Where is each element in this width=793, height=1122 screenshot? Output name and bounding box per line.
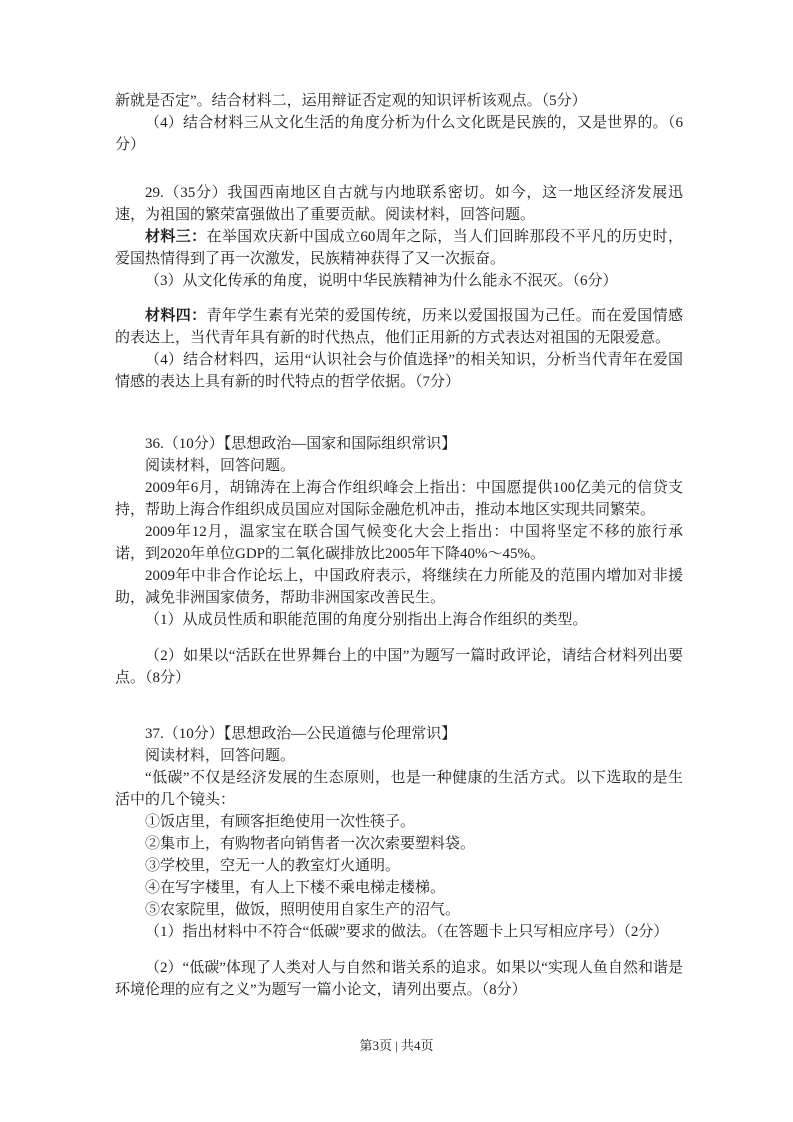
q29-subquestion-3: （3）从文化传承的角度，说明中华民族精神为什么能永不泯灭。（6分） [115, 270, 683, 292]
paragraph-text: 2009年6月，胡锦涛在上海合作组织峰会上指出：中国愿提供100亿美元的信贷支持… [115, 480, 683, 518]
q36-material-3: 2009年中非合作论坛上，中国政府表示，将继续在力所能及的范围内增加对非援助，减… [115, 565, 683, 609]
paragraph-text: 2009年12月，温家宝在联合国气候变化大会上指出：中国将坚定不移的旅行承诺，到… [115, 524, 683, 562]
q37-heading: 37.（10分）【思想政治—公民道德与伦理常识】 [115, 723, 683, 745]
paragraph-text: “低碳”不仅是经济发展的生态原则，也是一种健康的生活方式。以下选取的是生活中的几… [115, 770, 683, 808]
q37-instruction: 阅读材料，回答问题。 [115, 745, 683, 767]
page-body: 新就是否定”。结合材料二，运用辩证否定观的知识评析该观点。（5分） （4）结合材… [115, 90, 683, 1001]
paragraph-text: （4）结合材料四，运用“认识社会与价值选择”的相关知识，分析当代青年在爱国情感的… [115, 352, 683, 390]
q36-material-2: 2009年12月，温家宝在联合国气候变化大会上指出：中国将坚定不移的旅行承诺，到… [115, 521, 683, 565]
q28-continuation-text: 新就是否定”。结合材料二，运用辩证否定观的知识评析该观点。（5分） [115, 90, 683, 112]
q29-material-4: 材料四：青年学生素有光荣的爱国传统，历来以爱国报国为己任。而在爱国情感的表达上，… [115, 305, 683, 349]
paragraph-text: 2009年中非合作论坛上，中国政府表示，将继续在力所能及的范围内增加对非援助，减… [115, 568, 683, 606]
paragraph-text: （4）结合材料三从文化生活的角度分析为什么文化既是民族的，又是世界的。（6分） [115, 115, 683, 153]
paragraph-text: ①饭店里，有顾客拒绝使用一次性筷子。 [145, 814, 415, 830]
paragraph-text: （2）如果以“活跃在世界舞台上的中国”为题写一篇时政评论，请结合材料列出要点。（… [115, 648, 683, 686]
q28-subquestion-4: （4）结合材料三从文化生活的角度分析为什么文化既是民族的，又是世界的。（6分） [115, 112, 683, 156]
q37-scene-3: ③学校里，空无一人的教室灯火通明。 [115, 855, 683, 877]
paragraph-text: ③学校里，空无一人的教室灯火通明。 [145, 858, 400, 874]
q37-subquestion-1: （1）指出材料中不符合“低碳”要求的做法。（在答题卡上只写相应序号）（2分） [115, 921, 683, 943]
page-footer: 第3页 | 共4页 [0, 1037, 793, 1055]
q36-subquestion-2: （2）如果以“活跃在世界舞台上的中国”为题写一篇时政评论，请结合材料列出要点。（… [115, 645, 683, 689]
q36-material-1: 2009年6月，胡锦涛在上海合作组织峰会上指出：中国愿提供100亿美元的信贷支持… [115, 477, 683, 521]
q37-scene-2: ②集市上，有购物者向销售者一次次索要塑料袋。 [115, 833, 683, 855]
paragraph-text: （3）从文化传承的角度，说明中华民族精神为什么能永不泯灭。（6分） [145, 273, 618, 289]
q36-subquestion-1: （1）从成员性质和职能范围的角度分别指出上海合作组织的类型。 [115, 609, 683, 631]
material-4-label: 材料四： [145, 308, 207, 324]
paragraph-text: ④在写字楼里，有人上下楼不乘电梯走楼梯。 [145, 880, 445, 896]
paragraph-text: （2）“低碳”体现了人类对人与自然和谐关系的追求。如果以“实现人鱼自然和谐是环境… [115, 960, 683, 998]
q36-heading: 36.（10分）【思想政治—国家和国际组织常识】 [115, 433, 683, 455]
paragraph-text: 37.（10分）【思想政治—公民道德与伦理常识】 [145, 726, 456, 742]
paragraph-text: （1）指出材料中不符合“低碳”要求的做法。（在答题卡上只写相应序号）（2分） [145, 924, 668, 940]
material-3-label: 材料三： [145, 229, 207, 245]
q29-material-3: 材料三：在举国欢庆新中国成立60周年之际，当人们回眸那段不平凡的历史时，爱国热情… [115, 226, 683, 270]
paragraph-text: 阅读材料，回答问题。 [145, 458, 295, 474]
q29-subquestion-4: （4）结合材料四，运用“认识社会与价值选择”的相关知识，分析当代青年在爱国情感的… [115, 349, 683, 393]
q36-instruction: 阅读材料，回答问题。 [115, 455, 683, 477]
paragraph-text: 新就是否定”。结合材料二，运用辩证否定观的知识评析该观点。（5分） [115, 93, 587, 109]
paragraph-text: 阅读材料，回答问题。 [145, 748, 295, 764]
q37-subquestion-2: （2）“低碳”体现了人类对人与自然和谐关系的追求。如果以“实现人鱼自然和谐是环境… [115, 957, 683, 1001]
q37-material-intro: “低碳”不仅是经济发展的生态原则，也是一种健康的生活方式。以下选取的是生活中的几… [115, 767, 683, 811]
paragraph-text: ②集市上，有购物者向销售者一次次索要塑料袋。 [145, 836, 475, 852]
paragraph-text: ⑤农家院里，做饭，照明使用自家生产的沼气。 [145, 902, 460, 918]
q37-scene-1: ①饭店里，有顾客拒绝使用一次性筷子。 [115, 811, 683, 833]
q29-intro: 29.（35分）我国西南地区自古就与内地联系密切。如今，这一地区经济发展迅速，为… [115, 182, 683, 226]
exam-paper-page: 新就是否定”。结合材料二，运用辩证否定观的知识评析该观点。（5分） （4）结合材… [0, 0, 793, 1122]
q37-scene-5: ⑤农家院里，做饭，照明使用自家生产的沼气。 [115, 899, 683, 921]
q37-scene-4: ④在写字楼里，有人上下楼不乘电梯走楼梯。 [115, 877, 683, 899]
paragraph-text: 29.（35分）我国西南地区自古就与内地联系密切。如今，这一地区经济发展迅速，为… [115, 185, 683, 223]
page-number: 第3页 | 共4页 [359, 1038, 433, 1053]
paragraph-text: 36.（10分）【思想政治—国家和国际组织常识】 [145, 436, 456, 452]
paragraph-text: （1）从成员性质和职能范围的角度分别指出上海合作组织的类型。 [145, 612, 588, 628]
